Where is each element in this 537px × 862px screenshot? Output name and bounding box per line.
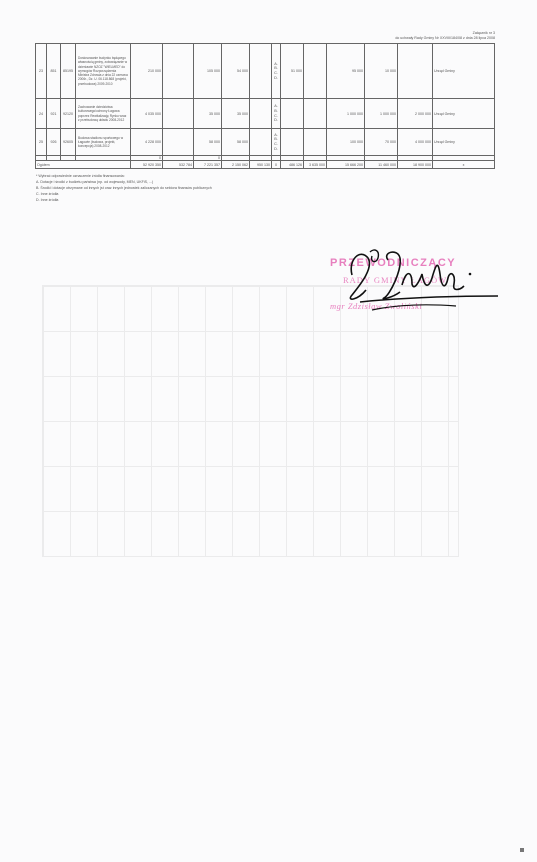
summary-label: Ogółem [36,161,131,169]
source-code: D. [273,76,279,81]
cell-c1 [163,129,194,156]
cell-c9: 2 000 000 [398,99,433,129]
summary-c7: 15 666 200 [327,161,365,169]
cell-unit: Urząd Gminy [433,44,495,99]
table-row: 2492192120Zachowanie dziedzictwa kulturo… [36,99,495,129]
cell-c5 [281,99,304,129]
signature [340,240,510,320]
cell-sources: A.B.C.D. [272,99,281,129]
cell-total: 4 228 000 [131,129,163,156]
cell-c1 [163,44,194,99]
summary-sources: 0 [272,161,281,169]
summary-c4: 950 130 [250,161,272,169]
cell-lp: 25 [36,129,47,156]
cell-c7: 100 000 [327,129,365,156]
cell-unit: Urząd Gminy [433,129,495,156]
cell-description: Budowa stadionu sportowego w Łagowie (bu… [76,129,131,156]
footnote-b: B. Środki i dotacje otrzymane od innych … [36,185,212,191]
cell-c8: 70 000 [365,129,398,156]
cell-rozdzial: 92605 [61,129,76,156]
cell-unit: Urząd Gminy [433,99,495,129]
summary-c3: 2 150 062 [222,161,250,169]
summary-c6: 3 635 000 [304,161,327,169]
cell-c5: 51 000 [281,44,304,99]
cell-c3: 58 000 [222,129,250,156]
cell-dzial: 851 [47,44,61,99]
cell-dzial: 921 [47,99,61,129]
summary-unit: x [433,161,495,169]
summary-total: 52 920 350 [131,161,163,169]
source-code: D. [273,147,279,152]
cell-description: Zachowanie dziedzictwa kulturowego/ochro… [76,99,131,129]
cell-rozdzial: 85195 [61,44,76,99]
resolution-reference: do uchwały Rady Gminy Nr XXVIII/184/08 z… [395,36,495,41]
summary-c2: 7 221 357 [194,161,222,169]
cell-c4 [250,99,272,129]
cell-c2: 58 000 [194,129,222,156]
cell-c7: 1 000 000 [327,99,365,129]
cell-c2: 35 000 [194,99,222,129]
cell-sources: A.B.C.D. [272,44,281,99]
summary-c8: 11 460 000 [365,161,398,169]
cell-description: Dostosowanie budynku będącego własnością… [76,44,131,99]
cell-c8: 1 000 000 [365,99,398,129]
cell-c6 [304,99,327,129]
cell-c3: 54 000 [222,44,250,99]
cell-c9: 4 000 000 [398,129,433,156]
source-code: D. [273,118,279,123]
footnote-d: D. Inne źródła [36,197,212,203]
cell-lp: 24 [36,99,47,129]
summary-c1: 532 784 [163,161,194,169]
table-row: 2385185195Dostosowanie budynku będącego … [36,44,495,99]
cell-c2: 105 000 [194,44,222,99]
cell-c8: 10 000 [365,44,398,99]
summary-row: Ogółem52 920 350532 7847 221 3572 150 06… [36,161,495,169]
cell-c6 [304,129,327,156]
footnotes: * Wybrać odpowiednie oznaczenie źródła f… [36,173,212,203]
table-row: 2592692605Budowa stadionu sportowego w Ł… [36,129,495,156]
cell-dzial: 926 [47,129,61,156]
cell-c3: 35 000 [222,99,250,129]
cell-c5 [281,129,304,156]
summary-c9: 18 900 000 [398,161,433,169]
cell-c1 [163,99,194,129]
cell-lp: 23 [36,44,47,99]
cell-total: 210 000 [131,44,163,99]
cell-c4 [250,44,272,99]
cell-c7: 95 000 [327,44,365,99]
scan-speck [520,848,524,852]
cell-c4 [250,129,272,156]
investment-table: 2385185195Dostosowanie budynku będącego … [35,43,495,169]
bleed-through-table [42,285,459,557]
cell-c6 [304,44,327,99]
summary-c5: 486 126 [281,161,304,169]
cell-c9 [398,44,433,99]
cell-total: 4 035 000 [131,99,163,129]
cell-rozdzial: 92120 [61,99,76,129]
cell-sources: A.B.C.D. [272,129,281,156]
